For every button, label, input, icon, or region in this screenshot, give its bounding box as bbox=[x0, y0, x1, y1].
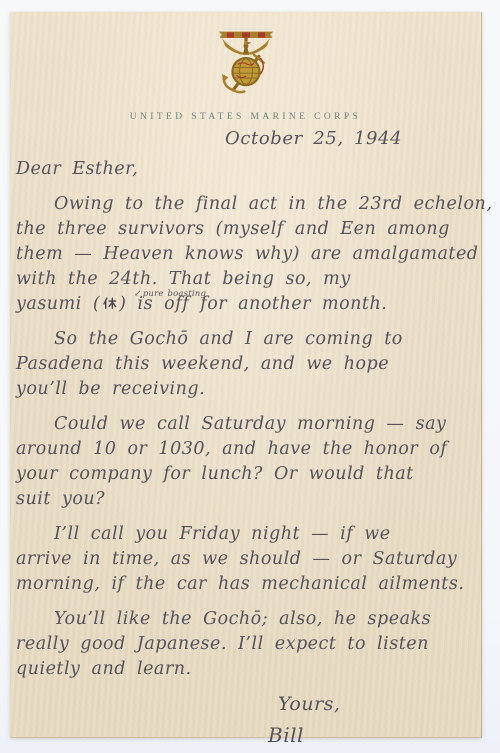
letter-body: Dear Esther, Owing to the final act in t… bbox=[10, 157, 481, 748]
yasumi-pre: yasumi ( bbox=[16, 294, 100, 314]
letter-line: morning, if the car has mechanical ailme… bbox=[16, 572, 465, 597]
letter-line: arrive in time, as we should — or Saturd… bbox=[16, 547, 465, 572]
annotation-arrow-icon: ↙ bbox=[134, 289, 142, 299]
letter-line: You’ll like the Gochō; also, he speaks bbox=[16, 607, 465, 632]
letter-line: the three survivors (myself and Een amon… bbox=[16, 217, 465, 242]
letter-line: quietly and learn. bbox=[16, 657, 465, 682]
annotation-note: ↙pure boasting bbox=[134, 282, 206, 307]
date-line: October 25, 1944 bbox=[10, 128, 481, 149]
organization-name: UNITED STATES MARINE CORPS bbox=[10, 112, 481, 122]
yasumi-line: yasumi ( ) is off for another month. ↙pu… bbox=[16, 292, 465, 317]
signature: Bill bbox=[16, 723, 465, 748]
letter-line: suit you? bbox=[16, 487, 465, 512]
letter-line: Pasadena this weekend, and we hope bbox=[16, 352, 465, 377]
letter-line: with the 24th. That being so, my bbox=[16, 267, 465, 292]
letter-line: So the Gochō and I are coming to bbox=[16, 327, 465, 352]
letterhead: UNITED STATES MARINE CORPS bbox=[10, 12, 481, 122]
closing: Yours, bbox=[16, 692, 465, 717]
salutation: Dear Esther, bbox=[16, 157, 465, 182]
letter-line: I’ll call you Friday night — if we bbox=[16, 522, 465, 547]
annotation-text: pure boasting bbox=[143, 289, 206, 299]
usmc-eagle-globe-anchor-icon bbox=[206, 26, 286, 106]
letter-line: Could we call Saturday morning — say bbox=[16, 412, 465, 437]
letter-paper: UNITED STATES MARINE CORPS October 25, 1… bbox=[10, 12, 482, 738]
letter-line: your company for lunch? Or would that bbox=[16, 462, 465, 487]
yasumi-kanji-icon bbox=[102, 295, 117, 311]
closing-block: Yours, Bill bbox=[16, 692, 465, 748]
letter-line: them — Heaven knows why) are amalgamated bbox=[16, 242, 465, 267]
letter-line: Owing to the final act in the 23rd echel… bbox=[16, 192, 465, 217]
letter-line: around 10 or 1030, and have the honor of bbox=[16, 437, 465, 462]
letter-line: you’ll be receiving. bbox=[16, 377, 465, 402]
letter-line: really good Japanese. I’ll expect to lis… bbox=[16, 632, 465, 657]
